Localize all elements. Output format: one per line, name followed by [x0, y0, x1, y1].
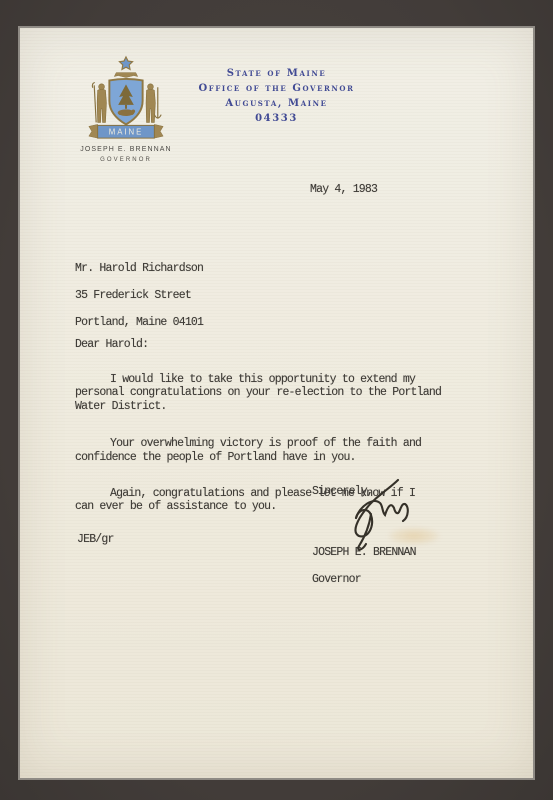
official-title: GOVERNOR — [61, 156, 191, 164]
paragraph-2: Your overwhelming victory is proof of th… — [75, 437, 467, 464]
salutation: Dear Harold: — [75, 338, 467, 351]
maine-banner: MAINE — [89, 124, 163, 138]
closing: Sincerely, — [312, 485, 416, 498]
scan-background: { "letterhead": { "office_lines": ["Stat… — [0, 0, 553, 800]
seal-banner-text: MAINE — [109, 128, 144, 137]
signature-name: JOSEPH E. BRENNAN — [312, 546, 416, 559]
recipient-name: Mr. Harold Richardson — [75, 262, 203, 275]
recipient-street: 35 Frederick Street — [75, 289, 203, 302]
letterhead-office-block: State of Maine Office of the Governor Au… — [20, 66, 533, 126]
letterhead-line-office: Office of the Governor — [20, 81, 533, 96]
reference-initials: JEB/gr — [77, 533, 114, 546]
paper-stain — [388, 527, 440, 545]
letterhead-line-city: Augusta, Maine — [20, 96, 533, 111]
letterhead-line-state: State of Maine — [20, 66, 533, 81]
official-name: JOSEPH E. BRENNAN — [61, 145, 191, 154]
letter-page: MAINE JOSEPH E. BRENNAN GOVERNOR State o… — [20, 28, 533, 778]
paragraph-1: I would like to take this opportunity to… — [75, 373, 467, 413]
letterhead-line-zip: 04333 — [20, 111, 533, 126]
letter-date: May 4, 1983 — [310, 183, 377, 196]
signature-title: Governor — [312, 573, 416, 586]
